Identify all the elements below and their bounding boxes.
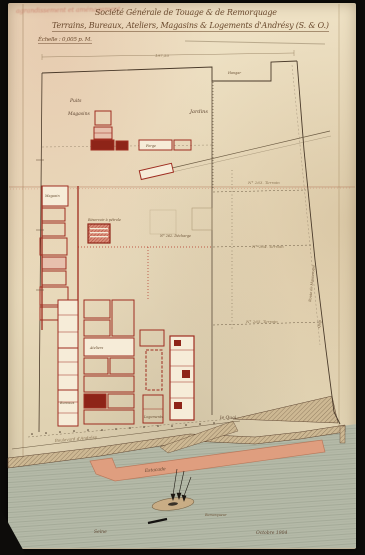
label-logements: Logements [143,415,163,419]
buildings-top-cluster [91,111,191,179]
label-date: Octobre 1904 [256,530,287,536]
label-seine: Seine [94,529,107,535]
label-puits: Puits [69,98,82,104]
label-le-quai: le Quai [220,415,237,421]
mooring-post [340,426,345,443]
building-slanted [139,163,173,179]
label-parcel-265: N° 265. Terrain [245,319,278,324]
route-maurecourt-line [297,61,340,424]
building-solid [91,140,114,150]
label-route: Route de Maurecourt [308,264,316,303]
label-magasin: Magasin [44,194,60,198]
label-forge: Forge [145,144,156,148]
label-parcel-263: N° 263. Terrain [247,180,280,185]
building-tall-right [170,336,194,420]
label-hangar: Hangar [227,71,241,75]
buildings-workshop-complex [58,300,164,426]
label-bureaux: Bureaux [59,401,75,405]
site-plan-drawing: 197,50 [0,0,365,555]
label-reservoir: Réservoir à pétrole [87,218,121,222]
pencil-sketch-buildings [150,208,212,234]
label-parcel-264: N° 264. Terrain [251,244,284,249]
photo-mount: agrandissement et aménagement Société Gé… [0,0,365,555]
label-quai-route: Quai [317,320,322,328]
top-dimension: 197,50 [42,50,294,60]
label-jardins: Jardins [189,109,208,115]
label-decharge: N° 262. Décharge [159,234,191,238]
label-remorqueur: Remorqueur [204,513,227,517]
label-boulevard: Boulevard d'Andrésy [54,434,98,443]
label-ateliers: Ateliers [89,346,104,350]
label-magasins: Magasins [67,111,91,117]
reservoir-building [88,224,110,243]
dimension-label: 197,50 [155,53,169,58]
